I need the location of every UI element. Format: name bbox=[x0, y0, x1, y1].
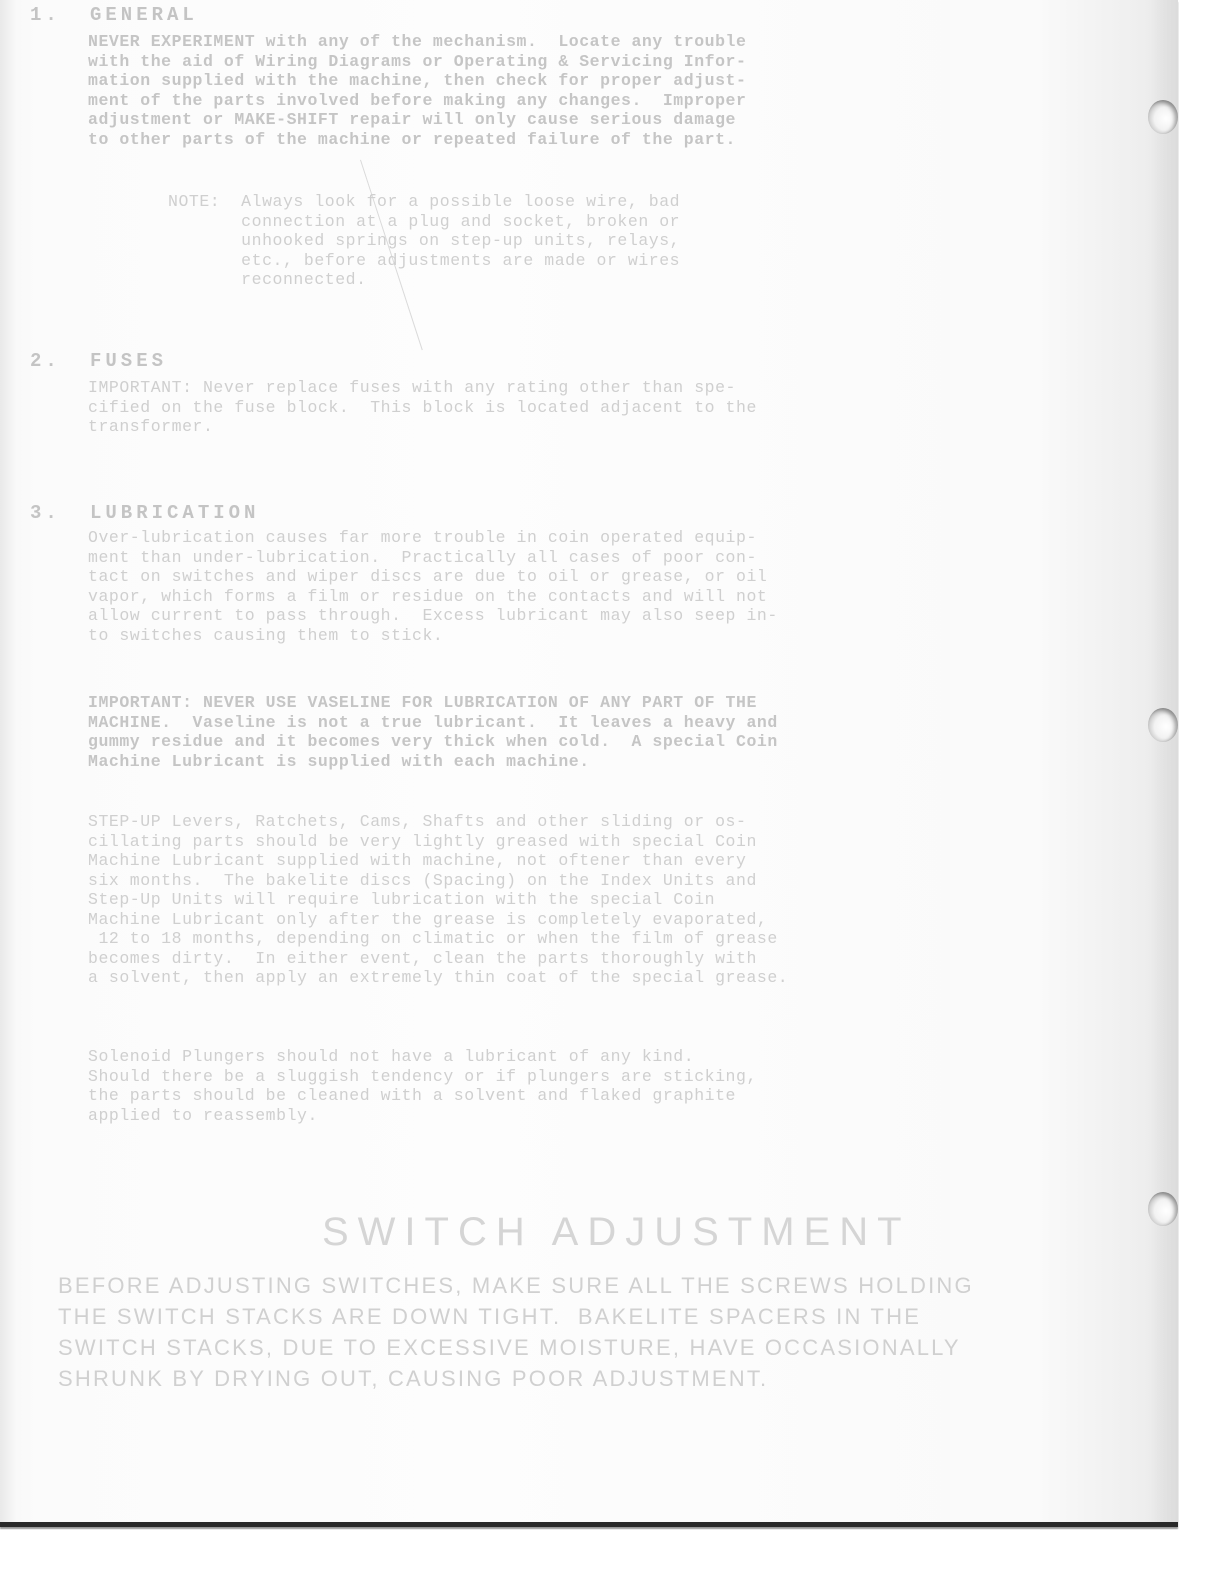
lubrication-important: IMPORTANT: NEVER USE VASELINE FOR LUBRIC… bbox=[88, 693, 778, 771]
section-number: 1. bbox=[30, 4, 90, 26]
section-heading-general: 1.GENERAL bbox=[30, 4, 198, 26]
punch-hole-icon bbox=[1148, 1192, 1178, 1226]
fuses-body: IMPORTANT: Never replace fuses with any … bbox=[88, 378, 757, 437]
punch-hole-icon bbox=[1148, 708, 1178, 742]
lubrication-paragraph-2: STEP-UP Levers, Ratchets, Cams, Shafts a… bbox=[88, 812, 788, 988]
general-note: NOTE: Always look for a possible loose w… bbox=[168, 192, 680, 290]
section-number: 3. bbox=[30, 502, 90, 524]
section-number: 2. bbox=[30, 350, 90, 372]
page-right-edge-shadow bbox=[1150, 0, 1178, 1522]
lubrication-body: Over-lubrication causes far more trouble… bbox=[88, 528, 778, 645]
switch-adjustment-title: SWITCH ADJUSTMENT bbox=[322, 1210, 911, 1255]
page-left-edge-shadow bbox=[0, 0, 16, 1522]
switch-adjustment-body: BEFORE ADJUSTING SWITCHES, MAKE SURE ALL… bbox=[58, 1270, 974, 1394]
lubrication-paragraph-3: Solenoid Plungers should not have a lubr… bbox=[88, 1047, 757, 1125]
section-heading-fuses: 2.FUSES bbox=[30, 350, 167, 372]
scanned-page: 1.GENERAL NEVER EXPERIMENT with any of t… bbox=[0, 0, 1178, 1527]
section-title: LUBRICATION bbox=[90, 502, 259, 524]
punch-hole-icon bbox=[1148, 100, 1178, 134]
section-heading-lubrication: 3.LUBRICATION bbox=[30, 502, 259, 524]
section-title: FUSES bbox=[90, 350, 167, 372]
section-title: GENERAL bbox=[90, 4, 198, 26]
general-body: NEVER EXPERIMENT with any of the mechani… bbox=[88, 32, 746, 149]
